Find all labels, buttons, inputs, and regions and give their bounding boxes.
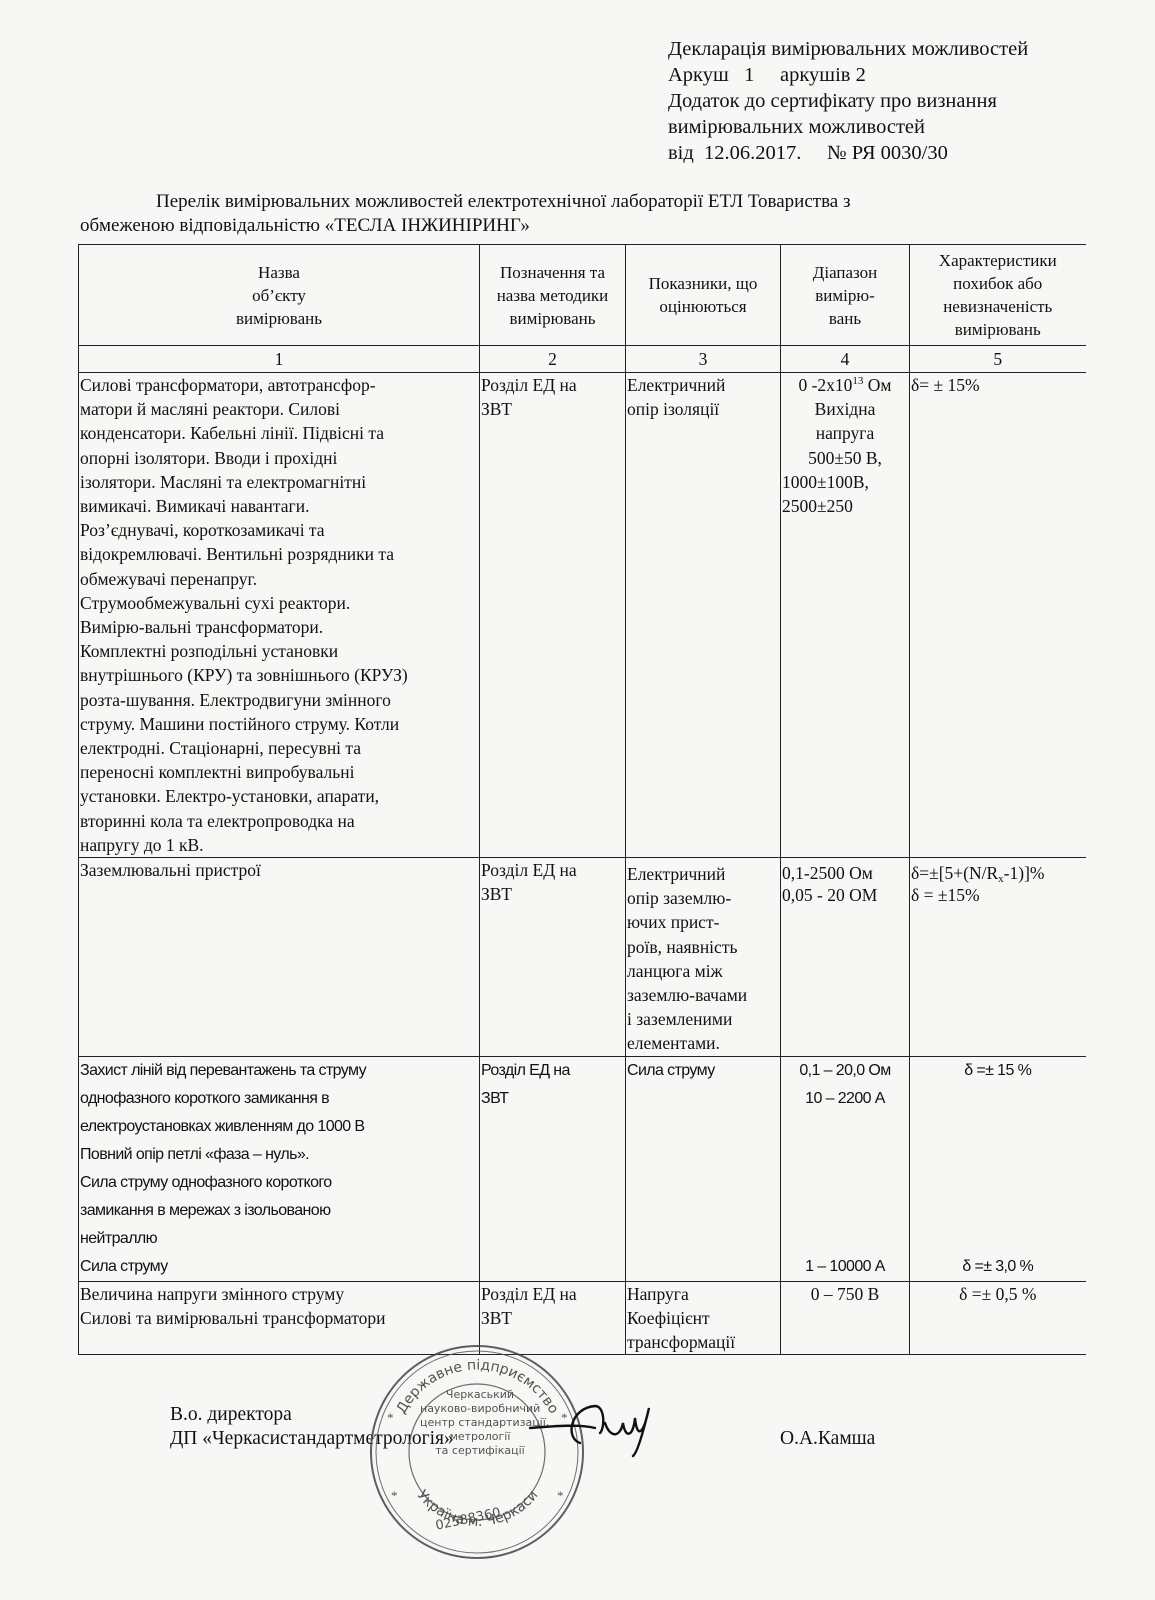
text-line: вторинні кола та електропроводка на [80, 809, 478, 833]
text-line: δ =± 0,5 % [911, 1282, 1085, 1306]
header-accuracy: Характеристикипохибок абоневизначеністьв… [910, 245, 1086, 346]
text-line: трансформації [627, 1330, 779, 1354]
text-line: нейтраллю [80, 1225, 478, 1253]
text-line: ючих прист- [627, 910, 779, 934]
text-line: δ= ± 15% [911, 373, 1085, 397]
text-line: електроустановках живленням до 1000 В [80, 1113, 478, 1141]
header-method: Позначення таназва методикивимірювань [480, 245, 626, 346]
row-object: Силові трансформатори, автотрансфор-мато… [79, 373, 480, 858]
signatory-name: О.А.Камша [780, 1428, 875, 1450]
text-line: δ =± 15 % [911, 1057, 1085, 1085]
text-line: Коефіцієнт [627, 1306, 779, 1330]
text-line: конденсатори. Кабельні лінії. Підвісні т… [80, 421, 478, 445]
text-line: 500±50 В, [782, 446, 908, 470]
text-line: Назва [80, 261, 478, 284]
document-title: Перелік вимірювальних можливостей електр… [80, 190, 1090, 238]
text-line: Струмообмежувальні сухі реактори. [80, 591, 478, 615]
text-line: опір ізоляції [627, 397, 779, 421]
text-line: розта-шування. Електродвигуни змінного [80, 688, 478, 712]
text-line: Розділ ЕД на [481, 373, 624, 397]
text-line: 0,05 - 20 ОМ [782, 884, 908, 906]
text-line: замикання в мережах з ізольованою [80, 1197, 478, 1225]
text-line: 2500±250 [782, 494, 908, 518]
header-line-5: від 12.06.2017. № РЯ 0030/30 [668, 140, 1028, 166]
text-line: науково-виробничий [420, 1402, 540, 1416]
text-line: центр стандартизації, [420, 1416, 540, 1430]
text-line: об’єкту [80, 284, 478, 307]
text-line: Розділ ЕД на [481, 1057, 624, 1085]
text-line: вимикачі. Вимикачі навантаги. [80, 494, 478, 518]
range-bottom: 1 – 10000 А [781, 1253, 909, 1281]
text-line: похибок або [911, 272, 1085, 295]
text-line: роїв, наявність [627, 935, 779, 959]
accuracy-bottom: δ =± 3,0 % [910, 1253, 1086, 1281]
header-object: Назваоб’єктувимірювань [79, 245, 480, 346]
row-accuracy: δ= ± 15% [910, 373, 1086, 858]
text-line: Характеристики [911, 249, 1085, 272]
range-extra: Вихіднанапруга500±50 В,1000±100В,2500±25… [782, 397, 908, 518]
text-line: ланцюга між [627, 959, 779, 983]
row-indicators: Сила струму [626, 1056, 781, 1281]
row-indicators: НапругаКоефіцієнттрансформації [626, 1281, 781, 1355]
column-number-row: 1 2 3 4 5 [79, 346, 1086, 373]
handwritten-signature-icon [525, 1398, 665, 1458]
capabilities-table: Назваоб’єктувимірювань Позначення таназв… [78, 244, 1086, 1355]
text-line: заземлю-вачами [627, 983, 779, 1007]
text-line: Силові та вимірювальні трансформатори [80, 1306, 478, 1330]
column-number: 4 [781, 346, 910, 373]
text-line: вань [782, 307, 908, 330]
text-line: 0,1-2500 Ом [782, 862, 908, 884]
text-line: елементами. [627, 1031, 779, 1055]
text-line: назва методики [481, 284, 624, 307]
row-object: Захист ліній від перевантажень та струму… [79, 1056, 480, 1281]
text-line: ізолятори. Масляні та електромагнітні [80, 470, 478, 494]
svg-text:*: * [557, 1488, 564, 1503]
text-line: невизначеність [911, 295, 1085, 318]
text-line: струму. Машини постійного струму. Котли [80, 712, 478, 736]
text-line: відокремлювачі. Вентильні розрядники та [80, 542, 478, 566]
row-accuracy: δ =± 0,5 % [910, 1281, 1086, 1355]
text-line: Напруга [627, 1282, 779, 1306]
text-line: Сила струму [80, 1253, 478, 1281]
text-line: і заземленими [627, 1007, 779, 1031]
text-line: Заземлювальні пристрої [80, 858, 478, 882]
row-range: 0 -2x1013 Ом Вихіднанапруга500±50 В,1000… [781, 373, 910, 858]
text-line: Позначення та [481, 261, 624, 284]
text-line: Діапазон [782, 261, 908, 284]
text-line: ЗВТ [481, 882, 624, 906]
text-line: вимірю- [782, 284, 908, 307]
text-line: вимірювань [80, 307, 478, 330]
svg-text:*: * [387, 1410, 394, 1425]
header-line-3: Додаток до сертифікату про визнання [668, 88, 1028, 114]
text-line: обмежувачі перенапруг. [80, 567, 478, 591]
column-number: 1 [79, 346, 480, 373]
row-indicators: Електричнийопір заземлю-ючих прист-роїв,… [626, 858, 781, 1057]
text-line: 1000±100В, [782, 470, 908, 494]
column-number: 2 [480, 346, 626, 373]
accuracy-value: δ =± 15 % [911, 1057, 1085, 1085]
row-method: Розділ ЕД наЗВТ [480, 373, 626, 858]
table-row: Заземлювальні пристрої Розділ ЕД наЗВТ Е… [79, 858, 1086, 1057]
table-row: Силові трансформатори, автотрансфор-мато… [79, 373, 1086, 858]
text-line: опорні ізолятори. Вводи і прохідні [80, 446, 478, 470]
text-line: δ = ±15% [911, 884, 1085, 906]
table-row: Захист ліній від перевантажень та струму… [79, 1056, 1086, 1281]
text-line: Роз’єднувачі, короткозамикачі та [80, 518, 478, 542]
text-line: Вихідна [782, 397, 908, 421]
text-line: Комплектні розподільні установки [80, 639, 478, 663]
range-values: 0,1 – 20,0 Ом10 – 2200 А [782, 1057, 908, 1113]
header-line-2: Аркуш 1 аркушів 2 [668, 62, 1028, 88]
text-line: Розділ ЕД на [481, 858, 624, 882]
row-method: Розділ ЕД наЗВТ [480, 858, 626, 1057]
text-line: та сертифікації [420, 1444, 540, 1458]
text-line: матори й масляні реактори. Силові [80, 397, 478, 421]
range-main: 0 -2x1013 Ом [782, 373, 908, 397]
header-line-4: вимірювальних можливостей [668, 114, 1028, 140]
accuracy-value: δ = ±15% [911, 884, 1085, 906]
text-line: напругу до 1 кВ. [80, 833, 478, 857]
text-line: однофазного короткого замикання в [80, 1085, 478, 1113]
declaration-header: Декларація вимірювальних можливостей Арк… [668, 36, 1028, 166]
header-line-1: Декларація вимірювальних можливостей [668, 36, 1028, 62]
title-line-1: Перелік вимірювальних можливостей електр… [80, 190, 1090, 214]
text-line: Черкаський [420, 1388, 540, 1402]
row-range: 0,1 – 20,0 Ом10 – 2200 А 1 – 10000 А [781, 1056, 910, 1281]
text-line: ЗВТ [481, 397, 624, 421]
text-line: метрології [420, 1430, 540, 1444]
text-line: ЗВТ [481, 1085, 624, 1113]
column-number: 5 [910, 346, 1086, 373]
text-line: вимірювань [481, 307, 624, 330]
accuracy-formula: δ=±[5+(N/Rx-1)]% [911, 862, 1085, 884]
text-line: вимірювань [911, 318, 1085, 341]
text-line: Вимірю-вальні трансформатори. [80, 615, 478, 639]
column-number: 3 [626, 346, 781, 373]
text-line: Сила струму однофазного короткого [80, 1169, 478, 1197]
row-indicators: Електричнийопір ізоляції [626, 373, 781, 858]
text-line: ЗВТ [481, 1306, 624, 1330]
text-line: Величина напруги змінного струму [80, 1282, 478, 1306]
text-line: Повний опір петлі «фаза – нуль». [80, 1141, 478, 1169]
text-line: установки. Електро-установки, апарати, [80, 784, 478, 808]
text-line: Електричний [627, 862, 779, 886]
text-line: напруга [782, 421, 908, 445]
text-line: Показники, що [627, 272, 779, 295]
row-range: 0,1-2500 Ом0,05 - 20 ОМ [781, 858, 910, 1057]
row-accuracy: δ=±[5+(N/Rx-1)]% δ = ±15% [910, 858, 1086, 1057]
text-line: переносні комплектні випробувальні [80, 760, 478, 784]
text-line: 0 – 750 В [782, 1282, 908, 1306]
text-line: опір заземлю- [627, 886, 779, 910]
title-line-2: обмеженою відповідальністю «ТЕСЛА ІНЖИНІ… [80, 214, 1090, 238]
row-range: 0 – 750 В [781, 1281, 910, 1355]
text-line: внутрішнього (КРУ) та зовнішнього (КРУЗ) [80, 663, 478, 687]
table-header-row: Назваоб’єктувимірювань Позначення таназв… [79, 245, 1086, 346]
text-line: Розділ ЕД на [481, 1282, 624, 1306]
text-line: оцінюються [627, 295, 779, 318]
text-line: 10 – 2200 А [782, 1085, 908, 1113]
stamp-inner-text: Черкаськийнауково-виробничийцентр станда… [420, 1388, 540, 1458]
text-line: Електричний [627, 373, 779, 397]
header-range: Діапазонвимірю-вань [781, 245, 910, 346]
header-indicators: Показники, щооцінюються [626, 245, 781, 346]
row-accuracy: δ =± 15 % δ =± 3,0 % [910, 1056, 1086, 1281]
row-object: Заземлювальні пристрої [79, 858, 480, 1057]
text-line: електродні. Стаціонарні, пересувні та [80, 736, 478, 760]
svg-text:*: * [391, 1488, 398, 1503]
text-line: Силові трансформатори, автотрансфор- [80, 373, 478, 397]
text-line: Сила струму [627, 1057, 779, 1085]
text-line: 0,1 – 20,0 Ом [782, 1057, 908, 1085]
text-line: Захист ліній від перевантажень та струму [80, 1057, 478, 1085]
row-method: Розділ ЕД наЗВТ [480, 1056, 626, 1281]
